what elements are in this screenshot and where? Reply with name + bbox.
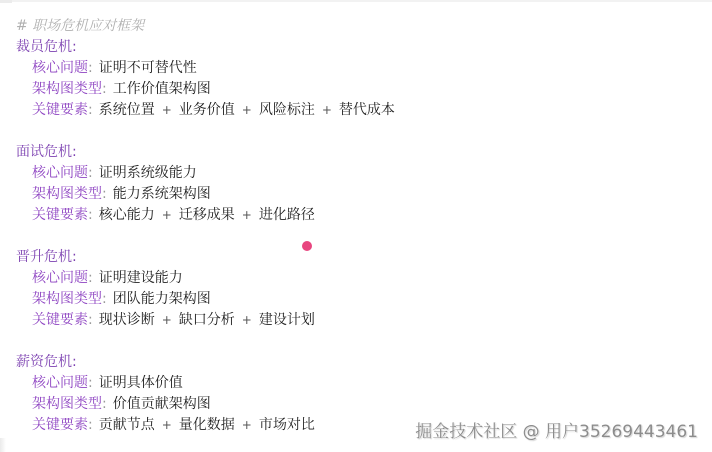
key-element: 核心能力 [99,207,155,223]
diagram-type-label: 架构图类型 [32,186,102,202]
core-issue-label: 核心问题 [32,60,88,76]
colon: : [102,81,107,97]
plus-separator: + [242,208,252,222]
plus-separator: + [242,313,252,327]
colon: : [102,396,107,412]
colon: : [88,60,93,76]
diagram-type-value: 价值贡献架构图 [113,396,211,412]
plus-separator: + [162,313,172,327]
blank-line [16,331,395,352]
plus-separator: + [242,418,252,432]
diagram-type-label: 架构图类型 [32,291,102,307]
key-element: 现状诊断 [99,312,155,328]
colon: : [102,291,107,307]
section-title: 裁员危机: [16,37,395,58]
colon: : [88,417,93,433]
plus-separator: + [162,208,172,222]
blank-line [16,226,395,247]
section-title: 晋升危机: [16,247,395,268]
section-salary-crisis: 薪资危机: 核心问题:证明具体价值 架构图类型:价值贡献架构图 关键要素:贡献节… [16,352,395,436]
core-issue-value: 证明系统级能力 [99,165,197,181]
core-issue-row: 核心问题:证明建设能力 [16,268,395,289]
plus-separator: + [162,103,172,117]
key-element: 进化路径 [259,207,315,223]
colon: : [88,207,93,223]
diagram-type-value: 工作价值架构图 [113,81,211,97]
key-element: 建设计划 [259,312,315,328]
section-title: 面试危机: [16,142,395,163]
colon: : [102,186,107,202]
diagram-type-row: 架构图类型:能力系统架构图 [16,184,395,205]
colon: : [88,102,93,118]
section-title: 薪资危机: [16,352,395,373]
diagram-type-row: 架构图类型:价值贡献架构图 [16,394,395,415]
plus-separator: + [162,418,172,432]
section-promotion-crisis: 晋升危机: 核心问题:证明建设能力 架构图类型:团队能力架构图 关键要素:现状诊… [16,247,395,331]
colon: : [88,312,93,328]
key-elements-label: 关键要素 [32,417,88,433]
key-element: 迁移成果 [179,207,235,223]
colon: : [88,375,93,391]
key-element: 市场对比 [259,417,315,433]
key-elements-label: 关键要素 [32,207,88,223]
diagram-type-label: 架构图类型 [32,81,102,97]
key-elements-row: 关键要素:贡献节点+量化数据+市场对比 [16,415,395,436]
colon: : [88,165,93,181]
core-issue-value: 证明建设能力 [99,270,183,286]
top-border [0,0,712,2]
diagram-type-label: 架构图类型 [32,396,102,412]
key-elements-label: 关键要素 [32,312,88,328]
diagram-type-value: 团队能力架构图 [113,291,211,307]
key-element: 量化数据 [179,417,235,433]
key-element: 缺口分析 [179,312,235,328]
diagram-type-row: 架构图类型:工作价值架构图 [16,79,395,100]
blank-line [16,121,395,142]
section-layoff-crisis: 裁员危机: 核心问题:证明不可替代性 架构图类型:工作价值架构图 关键要素:系统… [16,37,395,121]
key-elements-label: 关键要素 [32,102,88,118]
top-left-tab-edge [0,0,12,3]
core-issue-label: 核心问题 [32,165,88,181]
key-element: 系统位置 [99,102,155,118]
key-element: 风险标注 [259,102,315,118]
plus-separator: + [242,103,252,117]
core-issue-value: 证明具体价值 [99,375,183,391]
core-issue-row: 核心问题:证明具体价值 [16,373,395,394]
key-elements-row: 关键要素:核心能力+迁移成果+进化路径 [16,205,395,226]
key-elements-row: 关键要素:现状诊断+缺口分析+建设计划 [16,310,395,331]
plus-separator: + [322,103,332,117]
diagram-type-value: 能力系统架构图 [113,186,211,202]
key-element: 替代成本 [339,102,395,118]
section-interview-crisis: 面试危机: 核心问题:证明系统级能力 架构图类型:能力系统架构图 关键要素:核心… [16,142,395,226]
cursor-dot-icon [302,241,312,251]
watermark: 掘金技术社区 @ 用户35269443461 [415,417,698,442]
comment-line: # 职场危机应对框架 [16,16,395,37]
core-issue-label: 核心问题 [32,375,88,391]
key-element: 业务价值 [179,102,235,118]
bottom-left-edge [0,438,6,452]
colon: : [88,270,93,286]
core-issue-row: 核心问题:证明系统级能力 [16,163,395,184]
key-elements-row: 关键要素:系统位置+业务价值+风险标注+替代成本 [16,100,395,121]
key-element: 贡献节点 [99,417,155,433]
core-issue-value: 证明不可替代性 [99,60,197,76]
core-issue-label: 核心问题 [32,270,88,286]
diagram-type-row: 架构图类型:团队能力架构图 [16,289,395,310]
core-issue-row: 核心问题:证明不可替代性 [16,58,395,79]
yaml-code-block: # 职场危机应对框架 裁员危机: 核心问题:证明不可替代性 架构图类型:工作价值… [16,16,395,436]
